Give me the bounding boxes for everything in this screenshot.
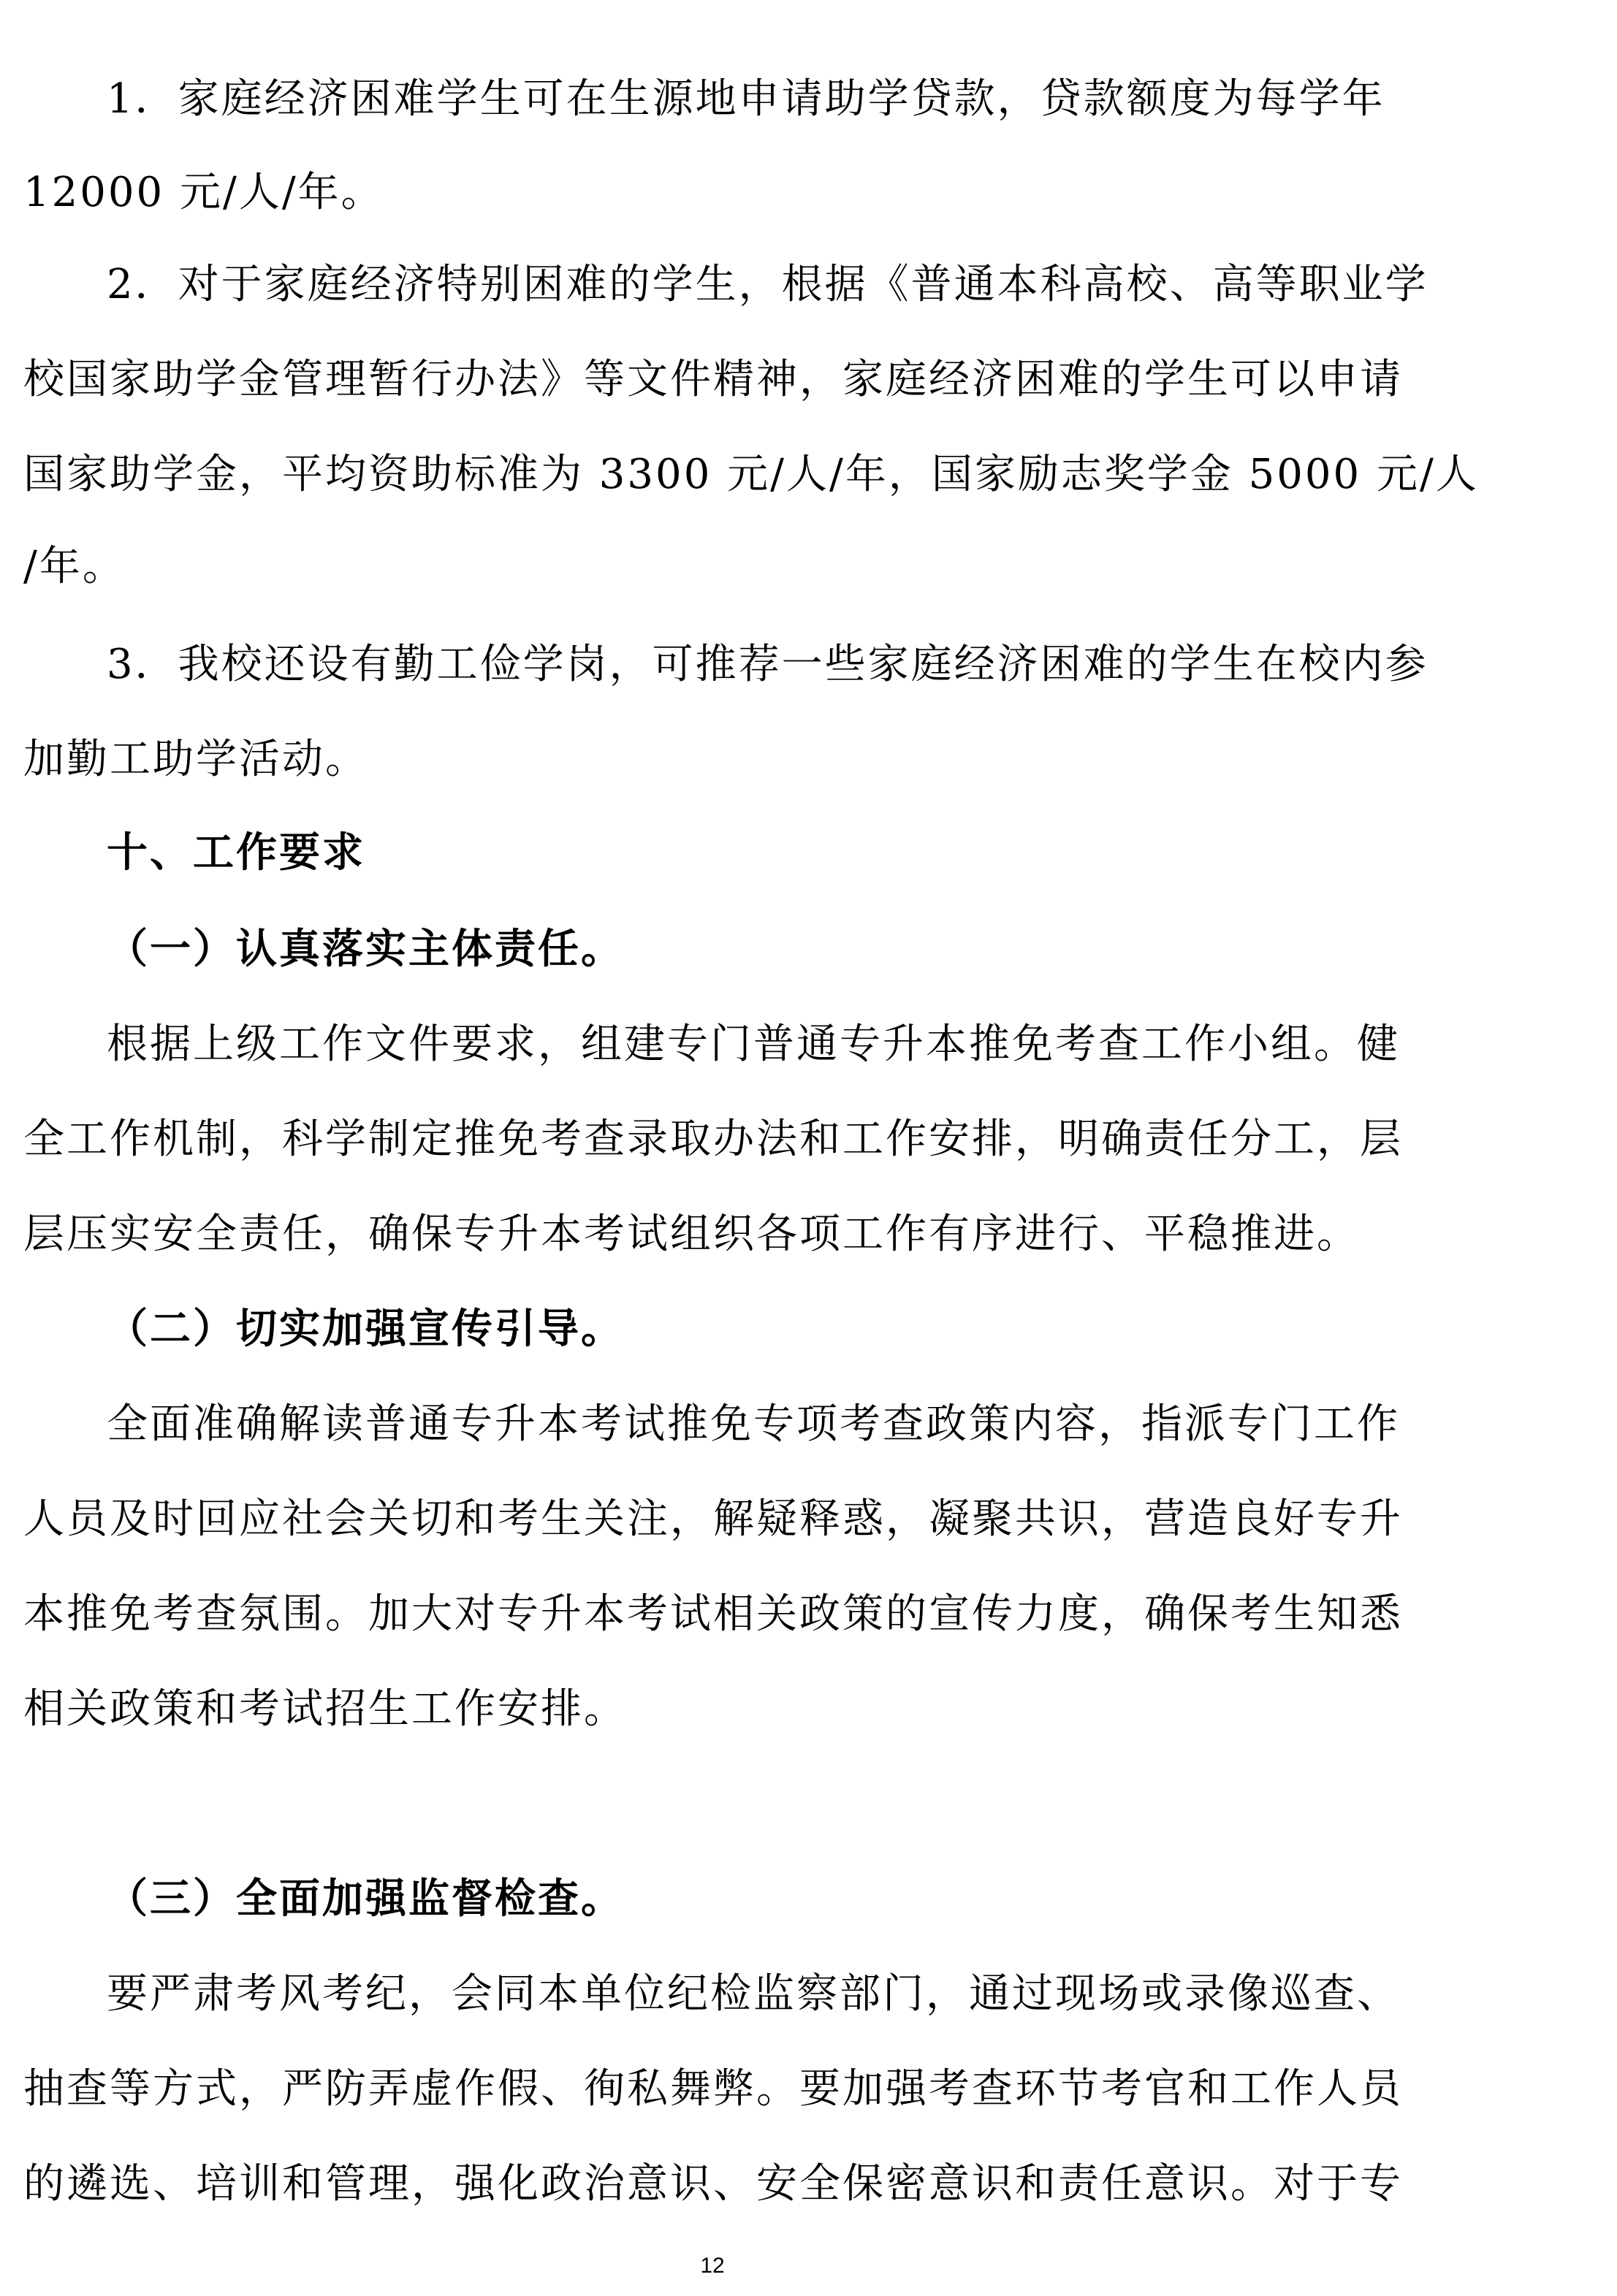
paragraph-first-line: 根据上级工作文件要求，组建专门普通专升本推免考查工作小组。健	[107, 1019, 1400, 1070]
subsection-heading: （三）全面加强监督检查。	[107, 1874, 624, 1925]
paragraph-line: 相关政策和考试招生工作安排。	[23, 1684, 627, 1735]
paragraph-first-line: 3．我校还设有勤工俭学岗，可推荐一些家庭经济困难的学生在校内参	[107, 639, 1428, 690]
paragraph-line: 国家助学金，平均资助标准为 3300 元/人/年，国家励志奖学金 5000 元/…	[23, 449, 1479, 500]
paragraph-first-line: 全面准确解读普通专升本考试推免专项考查政策内容，指派专门工作	[107, 1399, 1400, 1450]
paragraph-line: /年。	[23, 541, 126, 592]
paragraph-line: 层压实安全责任，确保专升本考试组织各项工作有序进行、平稳推进。	[23, 1209, 1360, 1260]
paragraph-line: 全工作机制，科学制定推免考查录取办法和工作安排，明确责任分工，层	[23, 1114, 1403, 1165]
paragraph-first-line: 2．对于家庭经济特别困难的学生，根据《普通本科高校、高等职业学	[107, 259, 1428, 310]
paragraph-line: 的遴选、培训和管理，强化政治意识、安全保密意识和责任意识。对于专	[23, 2159, 1403, 2210]
paragraph-first-line: 要严肃考风考纪，会同本单位纪检监察部门，通过现场或录像巡查、	[107, 1969, 1400, 2020]
paragraph-line: 人员及时回应社会关切和考生关注，解疑释惑，凝聚共识，营造良好专升	[23, 1494, 1403, 1545]
document-page: 1．家庭经济困难学生可在生源地申请助学贷款，贷款额度为每学年12000 元/人/…	[0, 0, 1617, 2296]
subsection-heading: （一）认真落实主体责任。	[107, 924, 624, 975]
paragraph-line: 12000 元/人/年。	[23, 167, 384, 218]
page-number: 12	[0, 2254, 1425, 2278]
section-heading: 十、工作要求	[107, 828, 365, 879]
paragraph-line: 加勤工助学活动。	[23, 734, 368, 785]
subsection-heading: （二）切实加强宣传引导。	[107, 1304, 624, 1355]
paragraph-line: 本推免考查氛围。加大对专升本考试相关政策的宣传力度，确保考生知悉	[23, 1589, 1403, 1640]
paragraph-line: 抽查等方式，严防弄虚作假、徇私舞弊。要加强考查环节考官和工作人员	[23, 2064, 1403, 2115]
paragraph-first-line: 1．家庭经济困难学生可在生源地申请助学贷款，贷款额度为每学年	[107, 74, 1385, 125]
paragraph-line: 校国家助学金管理暂行办法》等文件精神，家庭经济困难的学生可以申请	[23, 354, 1403, 405]
